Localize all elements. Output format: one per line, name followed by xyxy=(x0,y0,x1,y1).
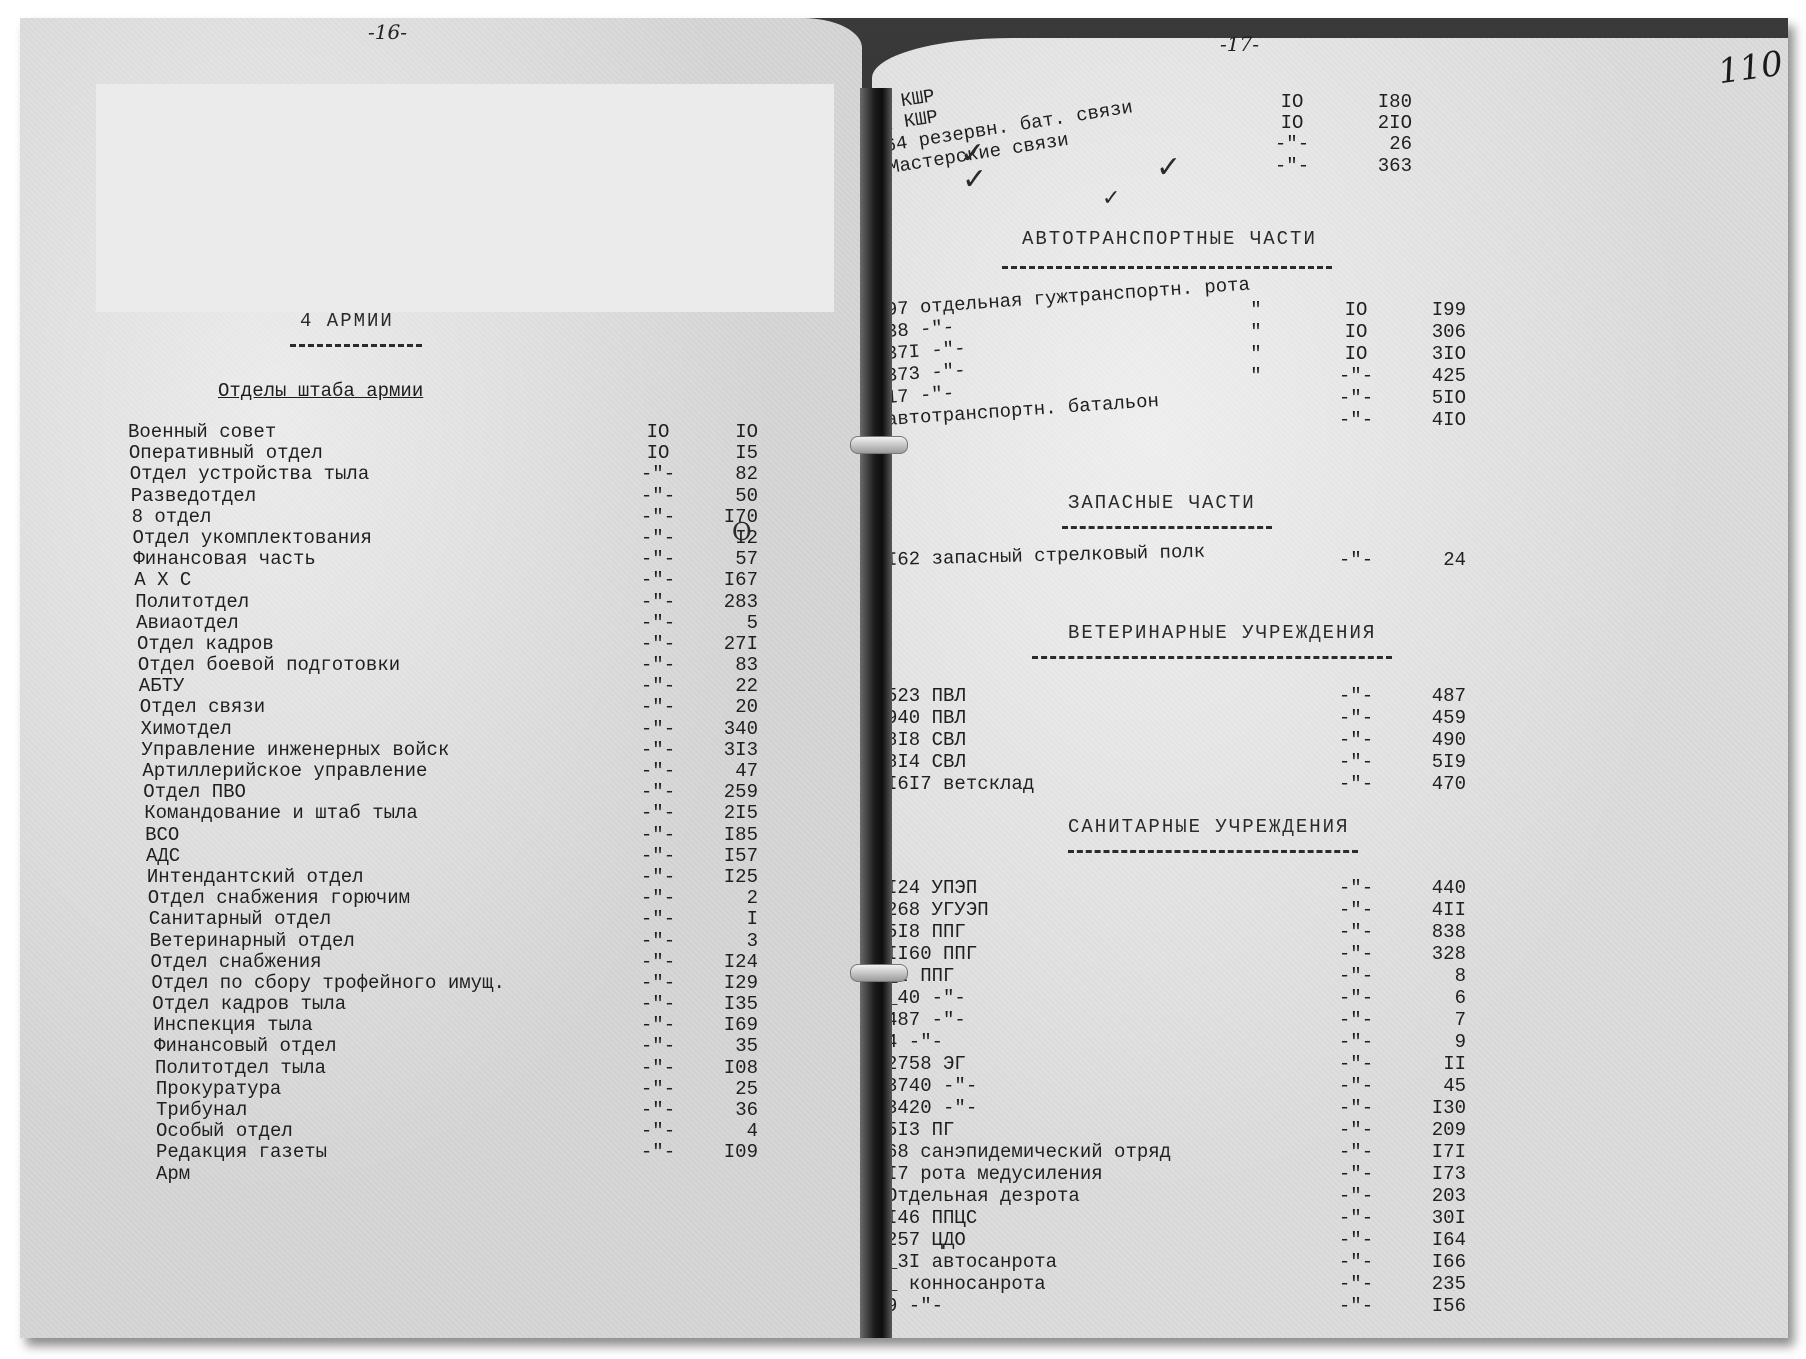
unit-name: Химотдел xyxy=(141,719,232,740)
col-1-value: -"- xyxy=(628,1100,688,1121)
binding-ring xyxy=(850,964,908,982)
unit-name: Оперативный отдел xyxy=(129,443,323,464)
unit-name: 268 УГУЭП xyxy=(886,900,989,921)
col-2-value: 838 xyxy=(1396,922,1466,943)
col-2-value: 5I9 xyxy=(1396,752,1466,773)
col-2-value: IO xyxy=(688,422,758,443)
table-row: 5I8 ППГ-"-838 xyxy=(886,922,1766,944)
col-2-value: I25 xyxy=(688,867,758,888)
col-1-value: -"- xyxy=(1326,752,1386,773)
table-row: Санитарный отдел-"-I xyxy=(128,909,828,930)
unit-name: I24 УПЭП xyxy=(886,878,977,899)
table-row: 487 -"--"-7 xyxy=(886,1010,1766,1032)
col-1-value: -"- xyxy=(628,697,688,718)
table-row: Отдел укомплектования-"-I2 xyxy=(128,528,828,549)
table-row: Артиллерийское управление-"-47 xyxy=(128,761,828,782)
col-1-value: -"- xyxy=(1326,1296,1386,1317)
ditto-mark: " xyxy=(1236,366,1276,387)
col-2-value: 2IO xyxy=(1342,113,1412,134)
table-row: Политотдел тыла-"-I08 xyxy=(128,1058,828,1079)
unit-name: Отдел укомплектования xyxy=(133,528,372,549)
left-page-number: -16- xyxy=(368,20,407,44)
col-1-value: -"- xyxy=(628,909,688,930)
col-2-value: 203 xyxy=(1396,1186,1466,1207)
table-row: Особый отдел-"-4 xyxy=(128,1121,828,1142)
table-row: _3I автосанрота-"-I66 xyxy=(886,1252,1766,1274)
col-2-value: I56 xyxy=(1396,1296,1466,1317)
table-row: 3740 -"--"-45 xyxy=(886,1076,1766,1098)
col-2-value: 3I3 xyxy=(688,740,758,761)
ditto-mark: " xyxy=(1236,344,1276,365)
col-1-value: -"- xyxy=(628,973,688,994)
unit-name: Редакция газеты xyxy=(156,1142,327,1163)
col-2-value: 5 xyxy=(688,613,758,634)
col-2-value: I85 xyxy=(688,825,758,846)
table-row: Ветеринарный отдел-"-3 xyxy=(128,931,828,952)
col-2-value: I24 xyxy=(688,952,758,973)
col-2-value: 6 xyxy=(1396,988,1466,1009)
col-1-value: -"- xyxy=(628,846,688,867)
col-2-value: 82 xyxy=(688,464,758,485)
col-1-value: IO xyxy=(1326,322,1386,343)
col-2-value: 340 xyxy=(688,719,758,740)
unit-name: ВСО xyxy=(145,825,179,846)
table-row: _I ППГ-"-8 xyxy=(886,966,1766,988)
unit-name: Финансовый отдел xyxy=(154,1036,336,1057)
col-1-value: -"- xyxy=(628,507,688,528)
col-2-value: 259 xyxy=(688,782,758,803)
unit-name: I62 запасный стрелковый полк xyxy=(886,542,1206,571)
col-1-value: -"- xyxy=(1326,900,1386,921)
unit-name: 2758 ЭГ xyxy=(886,1054,966,1075)
col-1-value: -"- xyxy=(628,613,688,634)
table-row: Химотдел-"-340 xyxy=(128,719,828,740)
table-row: 2758 ЭГ-"-II xyxy=(886,1054,1766,1076)
table-row: 373 -"-"-"-425 xyxy=(886,366,1766,388)
unit-name: 3740 -"- xyxy=(886,1076,977,1097)
col-2-value: 2I5 xyxy=(688,803,758,824)
col-2-value: 57 xyxy=(688,549,758,570)
col-2-value: 50 xyxy=(688,486,758,507)
col-1-value: IO xyxy=(628,443,688,464)
col-1-value: -"- xyxy=(1326,410,1386,431)
col-1-value: -"- xyxy=(1326,1274,1386,1295)
col-2-value: I5 xyxy=(688,443,758,464)
col-2-value: I64 xyxy=(1396,1230,1466,1251)
col-1-value: -"- xyxy=(628,1121,688,1142)
section-table: I62 запасный стрелковый полк-"-24 xyxy=(886,550,1766,572)
col-1-value: -"- xyxy=(1326,1098,1386,1119)
unit-name: 5I3 ПГ xyxy=(886,1120,954,1141)
col-2-value: 45 xyxy=(1396,1076,1466,1097)
col-1-value: -"- xyxy=(1326,922,1386,943)
table-row: I24 УПЭП-"-440 xyxy=(886,878,1766,900)
section-heading: ВЕТЕРИНАРНЫЕ УЧРЕЖДЕНИЯ xyxy=(1068,622,1376,644)
margin-mark: O xyxy=(732,518,752,546)
table-row: Командование и штаб тыла-"-2I5 xyxy=(128,803,828,824)
col-2-value: I30 xyxy=(1396,1098,1466,1119)
unit-name: Отдел кадров тыла xyxy=(152,994,346,1015)
table-row: Отдельная дезрота-"-203 xyxy=(886,1186,1766,1208)
col-2-value: I29 xyxy=(688,973,758,994)
table-row: II60 ППГ-"-328 xyxy=(886,944,1766,966)
unit-name: Отдел ПВО xyxy=(143,782,246,803)
right-page: -17- I КШР2 КШР64 резервн. бат. связиМас… xyxy=(872,38,1788,1338)
col-1-value: -"- xyxy=(1326,878,1386,899)
unit-name: Трибунал xyxy=(156,1100,247,1121)
col-1-value: -"- xyxy=(1326,550,1386,571)
col-2-value: 490 xyxy=(1396,730,1466,751)
section-underline xyxy=(1032,656,1392,659)
col-1-value: IO xyxy=(1262,92,1322,113)
table-row: I46 ППЦС-"-30I xyxy=(886,1208,1766,1230)
col-2-value: 283 xyxy=(688,592,758,613)
unit-name: 5I8 ППГ xyxy=(886,922,966,943)
col-1-value: -"- xyxy=(1262,134,1322,155)
col-1-value: -"- xyxy=(1326,1208,1386,1229)
unit-name: 68 санэпидемический отряд xyxy=(886,1142,1171,1163)
unit-name: Авиаотдел xyxy=(136,613,239,634)
table-row: ВСО-"-I85 xyxy=(128,825,828,846)
section-subtitle: Отделы штаба армии xyxy=(218,380,423,402)
table-row: Отдел снабжения-"-I24 xyxy=(128,952,828,973)
col-2-value: 487 xyxy=(1396,686,1466,707)
col-1-value: -"- xyxy=(628,1058,688,1079)
col-2-value: 470 xyxy=(1396,774,1466,795)
col-2-value: I xyxy=(688,909,758,930)
unit-name: Отдел боевой подготовки xyxy=(138,655,400,676)
table-row: Редакция газеты-"-I09 xyxy=(128,1142,828,1163)
col-1-value: IO xyxy=(1326,300,1386,321)
table-row: Отдел устройства тыла-"-82 xyxy=(128,464,828,485)
unit-name: 3420 -"- xyxy=(886,1098,977,1119)
unit-name: Политотдел тыла xyxy=(155,1058,326,1079)
col-1-value: -"- xyxy=(628,803,688,824)
col-1-value: -"- xyxy=(1326,944,1386,965)
check-mark-icon: ✓ xyxy=(1156,150,1181,185)
table-row: Отдел ПВО-"-259 xyxy=(128,782,828,803)
col-2-value: 8 xyxy=(1396,966,1466,987)
col-2-value: 3IO xyxy=(1396,344,1466,365)
unit-name: 4 -"- xyxy=(886,1032,943,1053)
table-row: 4 -"--"-9 xyxy=(886,1032,1766,1054)
col-1-value: -"- xyxy=(1326,1164,1386,1185)
col-1-value: -"- xyxy=(1326,388,1386,409)
col-1-value: -"- xyxy=(1326,1120,1386,1141)
col-2-value: 47 xyxy=(688,761,758,782)
ditto-mark: " xyxy=(1236,322,1276,343)
col-2-value: 328 xyxy=(1396,944,1466,965)
table-row: Отдел снабжения горючим-"-2 xyxy=(128,888,828,909)
unit-name: 940 ПВЛ xyxy=(886,708,966,729)
unit-name: Санитарный отдел xyxy=(149,909,331,930)
table-row: 97 отдельная гужтранспортн. рота"IOI99 xyxy=(886,300,1766,322)
section-heading: АВТОТРАНСПОРТНЫЕ ЧАСТИ xyxy=(1022,228,1317,250)
table-row: Трибунал-"-36 xyxy=(128,1100,828,1121)
col-2-value: 459 xyxy=(1396,708,1466,729)
col-2-value: I67 xyxy=(688,570,758,591)
unit-name: 487 -"- xyxy=(886,1010,966,1031)
col-2-value: 4II xyxy=(1396,900,1466,921)
unit-name: Отдел по сбору трофейного имущ. xyxy=(151,973,504,994)
table-row: А Х С-"-I67 xyxy=(128,570,828,591)
col-2-value: 25 xyxy=(688,1079,758,1100)
col-1-value: -"- xyxy=(628,761,688,782)
table-row: Отдел боевой подготовки-"-83 xyxy=(128,655,828,676)
table-row: Управление инженерных войск-"-3I3 xyxy=(128,740,828,761)
col-2-value: 4 xyxy=(688,1121,758,1142)
unit-name: Интендантский отдел xyxy=(147,867,364,888)
photo-frame: -16- 4 АРМИИ Отделы штаба армии Военный … xyxy=(20,18,1788,1338)
unit-name: Отдел снабжения горючим xyxy=(148,888,410,909)
unit-name: Прокуратура xyxy=(156,1079,281,1100)
table-row: 68 санэпидемический отряд-"-I7I xyxy=(886,1142,1766,1164)
col-2-value: 4IO xyxy=(1396,410,1466,431)
unit-name: 257 ЦДО xyxy=(886,1230,966,1251)
col-2-value: I09 xyxy=(688,1142,758,1163)
unit-name: Командование и штаб тыла xyxy=(144,803,418,824)
col-2-value: I35 xyxy=(688,994,758,1015)
unit-name: Артиллерийское управление xyxy=(142,761,427,782)
unit-name: Особый отдел xyxy=(156,1121,293,1142)
table-row: Отдел кадров-"-27I xyxy=(128,634,828,655)
col-2-value: 209 xyxy=(1396,1120,1466,1141)
col-2-value: 27I xyxy=(688,634,758,655)
col-2-value: 306 xyxy=(1396,322,1466,343)
unit-name: Отдел кадров xyxy=(137,634,274,655)
unit-name: Управление инженерных войск xyxy=(142,740,450,761)
unit-name: А Х С xyxy=(134,570,191,591)
col-1-value: -"- xyxy=(1326,366,1386,387)
table-row: 268 УГУЭП-"-4II xyxy=(886,900,1766,922)
unit-name: Отдел устройства тыла xyxy=(130,464,369,485)
unit-name: 9 -"- xyxy=(886,1296,943,1317)
left-table: Военный советIOIOОперативный отделIOI5От… xyxy=(128,422,828,1185)
unit-name: 8 отдел xyxy=(132,507,212,528)
col-2-value: I99 xyxy=(1396,300,1466,321)
col-2-value: 30I xyxy=(1396,1208,1466,1229)
col-2-value: 3 xyxy=(688,931,758,952)
table-row: Авиаотдел-"-5 xyxy=(128,613,828,634)
table-row: АДС-"-I57 xyxy=(128,846,828,867)
col-2-value: 440 xyxy=(1396,878,1466,899)
col-2-value: 36 xyxy=(688,1100,758,1121)
unit-name: Политотдел xyxy=(135,592,249,613)
col-1-value: -"- xyxy=(628,1079,688,1100)
section-underline xyxy=(1068,850,1358,853)
unit-name: I7 рота медусиления xyxy=(886,1164,1103,1185)
col-2-value: 26 xyxy=(1342,134,1412,155)
col-1-value: -"- xyxy=(628,570,688,591)
unit-name: 8I8 СВЛ xyxy=(886,730,966,751)
col-1-value: -"- xyxy=(628,676,688,697)
col-2-value: 2 xyxy=(688,888,758,909)
unit-name: Военный совет xyxy=(128,422,276,443)
unit-name: _ конносанрота xyxy=(886,1274,1046,1295)
col-1-value: IO xyxy=(1262,113,1322,134)
col-1-value: -"- xyxy=(628,888,688,909)
col-2-value: I73 xyxy=(1396,1164,1466,1185)
unit-name: _40 -"- xyxy=(886,988,966,1009)
table-row: 257 ЦДО-"-I64 xyxy=(886,1230,1766,1252)
col-1-value: -"- xyxy=(628,592,688,613)
col-1-value: -"- xyxy=(628,782,688,803)
col-1-value: IO xyxy=(1326,344,1386,365)
table-row: 940 ПВЛ-"-459 xyxy=(886,708,1766,730)
table-row: Финансовый отдел-"-35 xyxy=(128,1036,828,1057)
col-1-value: -"- xyxy=(1326,774,1386,795)
table-row: Отдел кадров тыла-"-I35 xyxy=(128,994,828,1015)
col-2-value: 22 xyxy=(688,676,758,697)
table-row: 5I3 ПГ-"-209 xyxy=(886,1120,1766,1142)
col-1-value: -"- xyxy=(1326,1032,1386,1053)
col-2-value: 7 xyxy=(1396,1010,1466,1031)
table-row: 523 ПВЛ-"-487 xyxy=(886,686,1766,708)
col-2-value: I57 xyxy=(688,846,758,867)
table-row: 37I -"-"IO3IO xyxy=(886,344,1766,366)
check-mark-icon: ✓ xyxy=(962,162,987,197)
table-row: Арм xyxy=(128,1164,828,1185)
col-1-value: -"- xyxy=(628,825,688,846)
col-1-value: -"- xyxy=(1326,1076,1386,1097)
col-1-value: -"- xyxy=(628,1142,688,1163)
col-1-value: -"- xyxy=(1326,686,1386,707)
table-row: Политотдел-"-283 xyxy=(128,592,828,613)
table-row: Отдел по сбору трофейного имущ.-"-I29 xyxy=(128,973,828,994)
col-2-value: 5IO xyxy=(1396,388,1466,409)
unit-name: I6I7 ветсклад xyxy=(886,774,1034,795)
unit-name: Разведотдел xyxy=(131,486,256,507)
col-1-value: -"- xyxy=(628,634,688,655)
check-mark-icon: ✓ xyxy=(1102,186,1120,211)
unit-name: _3I автосанрота xyxy=(886,1252,1057,1273)
table-row: 8I4 СВЛ-"-5I9 xyxy=(886,752,1766,774)
unit-name: Отдельная дезрота xyxy=(886,1186,1080,1207)
unit-name: Арм xyxy=(156,1164,190,1185)
table-row: I62 запасный стрелковый полк-"-24 xyxy=(886,550,1766,572)
col-2-value: 24 xyxy=(1396,550,1466,571)
section-underline xyxy=(1002,266,1332,269)
unit-name: АБТУ xyxy=(139,676,185,697)
table-row: _ конносанрота-"-235 xyxy=(886,1274,1766,1296)
col-2-value: 83 xyxy=(688,655,758,676)
col-1-value: -"- xyxy=(1326,988,1386,1009)
book-spine xyxy=(860,88,892,1338)
binding-ring xyxy=(850,436,908,454)
unit-name: Ветеринарный отдел xyxy=(150,931,355,952)
section-table: 97 отдельная гужтранспортн. рота"IOI9938… xyxy=(886,300,1766,432)
col-1-value: -"- xyxy=(628,931,688,952)
col-1-value: -"- xyxy=(628,740,688,761)
col-2-value: 35 xyxy=(688,1036,758,1057)
unit-name: Инспекция тыла xyxy=(153,1015,313,1036)
unit-name: АДС xyxy=(146,846,180,867)
table-row: Инспекция тыла-"-I69 xyxy=(128,1015,828,1036)
table-row: Военный советIOIO xyxy=(128,422,828,443)
col-1-value: -"- xyxy=(1326,1142,1386,1163)
table-row: Интендантский отдел-"-I25 xyxy=(128,867,828,888)
col-1-value: -"- xyxy=(628,655,688,676)
col-2-value: 425 xyxy=(1396,366,1466,387)
section-heading: САНИТАРНЫЕ УЧРЕЖДЕНИЯ xyxy=(1068,816,1349,838)
col-2-value: II xyxy=(1396,1054,1466,1075)
table-row: I6I7 ветсклад-"-470 xyxy=(886,774,1766,796)
unit-name: 8I4 СВЛ xyxy=(886,752,966,773)
col-1-value: IO xyxy=(628,422,688,443)
col-2-value: I66 xyxy=(1396,1252,1466,1273)
col-1-value: -"- xyxy=(1262,156,1322,177)
redaction-block xyxy=(96,84,834,312)
section-heading: ЗАПАСНЫЕ ЧАСТИ xyxy=(1068,492,1256,514)
col-2-value: I08 xyxy=(688,1058,758,1079)
col-2-value: 363 xyxy=(1342,156,1412,177)
col-2-value: I7I xyxy=(1396,1142,1466,1163)
table-row: 8 отдел-"-I70 xyxy=(128,507,828,528)
col-1-value: -"- xyxy=(628,867,688,888)
unit-name: Отдел снабжения xyxy=(151,952,322,973)
unit-name: 97 отдельная гужтранспортн. рота xyxy=(885,275,1250,321)
title-underline xyxy=(290,344,422,347)
unit-name: Отдел связи xyxy=(140,697,265,718)
col-1-value: -"- xyxy=(628,994,688,1015)
col-1-value: -"- xyxy=(1326,708,1386,729)
table-row: 9 -"--"-I56 xyxy=(886,1296,1766,1318)
col-2-value: I80 xyxy=(1342,92,1412,113)
col-2-value: 20 xyxy=(688,697,758,718)
col-1-value: -"- xyxy=(1326,1010,1386,1031)
left-page: -16- 4 АРМИИ Отделы штаба армии Военный … xyxy=(20,18,862,1338)
unit-name: Финансовая часть xyxy=(133,549,315,570)
col-1-value: -"- xyxy=(628,952,688,973)
table-row: Оперативный отделIOI5 xyxy=(128,443,828,464)
col-1-value: -"- xyxy=(1326,730,1386,751)
col-1-value: -"- xyxy=(628,486,688,507)
unit-name: 373 -"- xyxy=(885,360,966,387)
table-row: 8I8 СВЛ-"-490 xyxy=(886,730,1766,752)
table-row: АБТУ-"-22 xyxy=(128,676,828,697)
unit-name: 523 ПВЛ xyxy=(886,686,966,707)
table-row: 3420 -"--"-I30 xyxy=(886,1098,1766,1120)
section-table: I24 УПЭП-"-440268 УГУЭП-"-4II5I8 ППГ-"-8… xyxy=(886,878,1766,1318)
army-title: 4 АРМИИ xyxy=(300,310,394,332)
col-1-value: -"- xyxy=(628,464,688,485)
table-row: Отдел связи-"-20 xyxy=(128,697,828,718)
col-1-value: -"- xyxy=(1326,1252,1386,1273)
col-1-value: -"- xyxy=(628,1036,688,1057)
col-2-value: I69 xyxy=(688,1015,758,1036)
col-1-value: -"- xyxy=(1326,1186,1386,1207)
unit-name: II60 ППГ xyxy=(886,944,977,965)
col-1-value: -"- xyxy=(1326,1230,1386,1251)
col-1-value: -"- xyxy=(628,1015,688,1036)
col-1-value: -"- xyxy=(1326,966,1386,987)
col-2-value: 235 xyxy=(1396,1274,1466,1295)
table-row: Разведотдел-"-50 xyxy=(128,486,828,507)
col-1-value: -"- xyxy=(628,528,688,549)
col-1-value: -"- xyxy=(628,549,688,570)
col-1-value: -"- xyxy=(628,719,688,740)
ditto-mark: " xyxy=(1236,300,1276,321)
table-row: _40 -"--"-6 xyxy=(886,988,1766,1010)
table-row: I7 рота медусиления-"-I73 xyxy=(886,1164,1766,1186)
col-1-value: -"- xyxy=(1326,1054,1386,1075)
unit-name: I46 ППЦС xyxy=(886,1208,977,1229)
table-row: 38 -"-"IO306 xyxy=(886,322,1766,344)
section-table: 523 ПВЛ-"-487940 ПВЛ-"-4598I8 СВЛ-"-4908… xyxy=(886,686,1766,796)
table-row: автотранспортн. батальон-"-4IO xyxy=(886,410,1766,432)
col-2-value: 9 xyxy=(1396,1032,1466,1053)
section-underline xyxy=(1062,526,1272,529)
